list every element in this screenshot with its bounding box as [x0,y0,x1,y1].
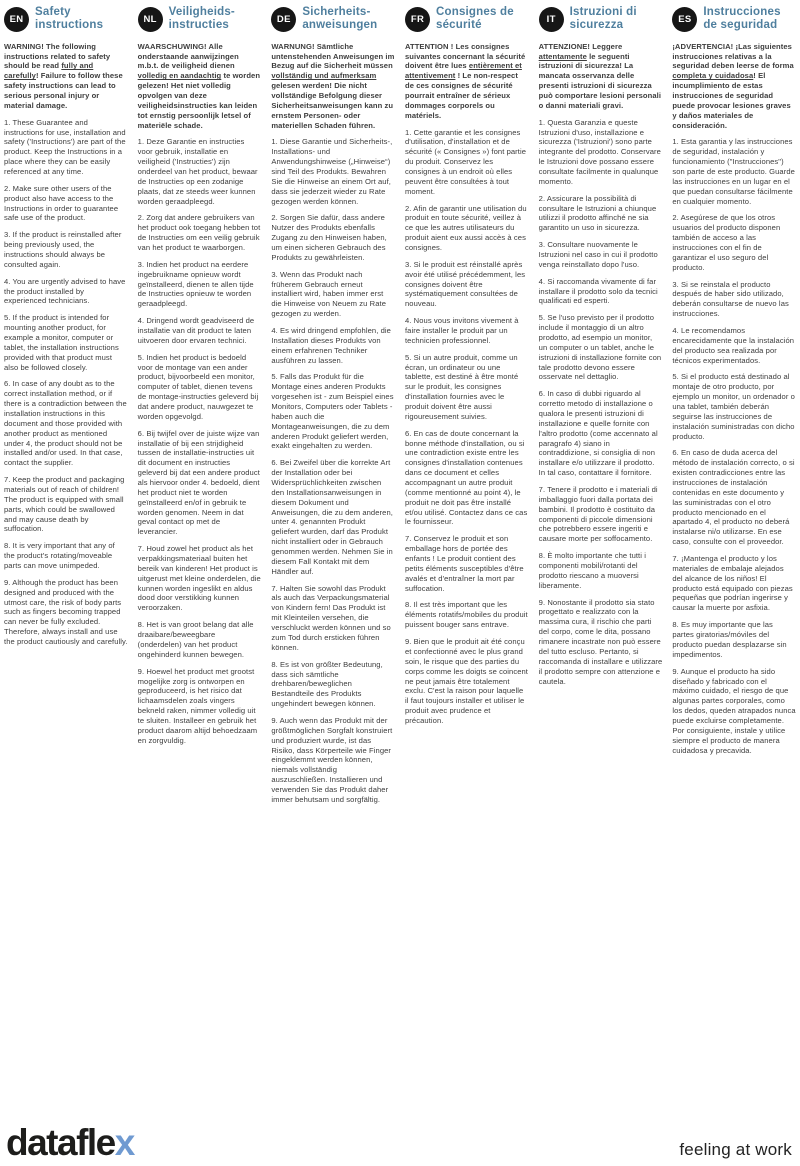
instruction-item: 6. Bij twijfel over de juiste wijze van … [138,429,262,537]
language-badge: ES [672,7,697,32]
column-header: DE Sicherheits-anweisungen [271,6,395,33]
language-code: DE [277,14,291,25]
instruction-item: 1. Esta garantia y las instrucciones de … [672,137,796,206]
instruction-item: 2. Asegúrese de que los otros usuarios d… [672,213,796,272]
language-badge: EN [4,7,29,32]
warning-underlined-phrase: vollständig und aufmerksam [271,71,376,80]
instruction-item: 1. Deze Garantie en instructies voor geb… [138,137,262,206]
warning-paragraph: ¡ADVERTENCIA! ¡Las siguientes instruccio… [672,42,796,131]
instruction-item: 6. En cas de doute concernant la bonne m… [405,429,529,528]
instruction-item: 9. Nonostante il prodotto sia stato prog… [539,598,663,687]
warning-text-after: gelesen werden! Die nicht vollständige B… [271,81,393,129]
logo-text-x: x [115,1122,134,1163]
instruction-list: 1. These Guarantee and instructions for … [4,118,128,647]
language-code: IT [547,14,556,25]
heading-line2: instructions [35,19,103,31]
instruction-item: 3. Si se reinstala el producto después d… [672,280,796,319]
instruction-item: 4. You are urgently advised to have the … [4,277,128,307]
warning-text-before: ATTENZIONE! Leggere [539,42,623,51]
column-heading: Istruzioni disicurezza [570,6,637,33]
logo-text-main: datafle [6,1122,115,1163]
heading-line1: Veiligheids- [169,6,235,18]
column-header: NL Veiligheids-instructies [138,6,262,33]
column-header: EN Safetyinstructions [4,6,128,33]
instruction-item: 6. Bei Zweifel über die korrekte Art der… [271,458,395,576]
language-column: EN Safetyinstructions WARNING! The follo… [4,6,128,812]
instruction-item: 7. Conservez le produit et son emballage… [405,534,529,593]
instruction-item: 8. Het is van groot belang dat alle draa… [138,620,262,659]
heading-line1: Sicherheits- [302,6,370,18]
warning-text-before: ¡ADVERTENCIA! ¡Las siguientes instruccio… [672,42,794,71]
tagline-text: feeling at work [679,1141,792,1158]
instruction-item: 9. Bien que le produit ait été conçu et … [405,637,529,726]
instruction-item: 8. È molto importante che tutti i compon… [539,551,663,590]
heading-line1: Safety [35,6,71,18]
instruction-item: 5. Si el producto está destinado al mont… [672,372,796,441]
instruction-item: 7. ¡Mantenga el producto y los materiale… [672,554,796,613]
instruction-item: 1. Cette garantie et les consignes d'uti… [405,128,529,197]
instruction-item: 2. Afin de garantir une utilisation du p… [405,204,529,253]
heading-line2: anweisungen [302,19,377,31]
instruction-item: 7. Keep the product and packaging materi… [4,475,128,534]
language-code: NL [144,14,157,25]
instruction-item: 3. Si le produit est réinstallé après av… [405,260,529,309]
instruction-item: 8. Il est très important que les élément… [405,600,529,630]
instruction-item: 9. Although the product has been designe… [4,578,128,647]
instruction-item: 5. Si un autre produit, comme un écran, … [405,353,529,422]
language-columns: EN Safetyinstructions WARNING! The follo… [0,0,800,812]
language-code: FR [411,14,424,25]
language-column: FR Consignes desécurité ATTENTION ! Les … [405,6,529,812]
heading-line2: sicurezza [570,19,624,31]
warning-paragraph: ATTENTION ! Les consignes suivantes conc… [405,42,529,121]
column-heading: Sicherheits-anweisungen [302,6,377,33]
instruction-item: 3. Indien het product na eerdere ingebru… [138,260,262,309]
footer: dataflex feeling at work [6,1124,792,1161]
heading-line1: Istruzioni di [570,6,637,18]
instruction-item: 9. Hoewel het product met grootst mogeli… [138,667,262,746]
instruction-item: 9. Auch wenn das Produkt mit der größtmö… [271,716,395,805]
instruction-item: 4. Nous vous invitons vivement à faire i… [405,316,529,346]
language-badge: DE [271,7,296,32]
column-heading: Instruccionesde seguridad [703,6,780,33]
instruction-item: 5. Indien het product is bedoeld voor de… [138,353,262,422]
language-column: NL Veiligheids-instructies WAARSCHUWING!… [138,6,262,812]
warning-paragraph: ATTENZIONE! Leggere attentamente le segu… [539,42,663,111]
instruction-item: 1. These Guarantee and instructions for … [4,118,128,177]
column-heading: Consignes desécurité [436,6,514,33]
instruction-item: 8. Es muy importante que las partes gira… [672,620,796,659]
column-header: ES Instruccionesde seguridad [672,6,796,33]
language-column: IT Istruzioni disicurezza ATTENZIONE! Le… [539,6,663,812]
heading-line1: Instrucciones [703,6,780,18]
column-header: FR Consignes desécurité [405,6,529,33]
warning-text-before: WARNING! The following instructions rela… [4,42,110,71]
instruction-item: 6. In caso di dubbi riguardo al corretto… [539,389,663,478]
column-header: IT Istruzioni disicurezza [539,6,663,33]
instruction-item: 9. Aunque el producto ha sido diseñado y… [672,667,796,756]
instruction-item: 5. Se l'uso previsto per il prodotto inc… [539,313,663,382]
instruction-item: 4. Dringend wordt geadviseerd de install… [138,316,262,346]
warning-underlined-phrase: completa y cuidadosa [672,71,753,80]
column-heading: Safetyinstructions [35,6,103,33]
instruction-list: 1. Deze Garantie en instructies voor geb… [138,137,262,745]
heading-line2: instructies [169,19,229,31]
instruction-item: 5. If the product is intended for mounti… [4,313,128,372]
language-code: EN [10,14,24,25]
instruction-item: 3. If the product is reinstalled after b… [4,230,128,269]
instruction-item: 4. Le recomendamos encarecidamente que l… [672,326,796,365]
instruction-item: 5. Falls das Produkt für die Montage ein… [271,372,395,451]
instruction-item: 1. Questa Garanzia e queste Istruzioni d… [539,118,663,187]
instruction-item: 8. It is very important that any of the … [4,541,128,571]
instruction-item: 4. Es wird dringend empfohlen, die Insta… [271,326,395,365]
warning-text-before: WAARSCHUWING! Alle onderstaande aanwijzi… [138,42,239,71]
language-badge: IT [539,7,564,32]
instruction-item: 1. Diese Garantie und Sicherheits-, Inst… [271,137,395,206]
warning-paragraph: WARNING! The following instructions rela… [4,42,128,111]
instruction-item: 2. Assicurare la possibilità di consulta… [539,194,663,233]
language-code: ES [678,14,691,25]
heading-line2: de seguridad [703,19,777,31]
heading-line2: sécurité [436,19,482,31]
instruction-item: 7. Tenere il prodotto e i materiali di i… [539,485,663,544]
instruction-item: 7. Halten Sie sowohl das Produkt als auc… [271,584,395,653]
instruction-list: 1. Diese Garantie und Sicherheits-, Inst… [271,137,395,804]
dataflex-logo: dataflex [6,1124,134,1161]
warning-paragraph: WAARSCHUWING! Alle onderstaande aanwijzi… [138,42,262,131]
warning-underlined-phrase: volledig en aandachtig [138,71,222,80]
warning-paragraph: WARNUNG! Sämtliche untenstehenden Anweis… [271,42,395,131]
instruction-item: 7. Houd zowel het product als het verpak… [138,544,262,613]
language-badge: NL [138,7,163,32]
instruction-item: 2. Sorgen Sie dafür, dass andere Nutzer … [271,213,395,262]
instruction-item: 8. Es ist von größter Bedeutung, dass si… [271,660,395,709]
safety-instructions-leaflet: EN Safetyinstructions WARNING! The follo… [0,0,800,1166]
language-column: ES Instruccionesde seguridad ¡ADVERTENCI… [672,6,796,812]
instruction-item: 2. Zorg dat andere gebruikers van het pr… [138,213,262,252]
language-badge: FR [405,7,430,32]
instruction-list: 1. Cette garantie et les consignes d'uti… [405,128,529,726]
warning-underlined-phrase: attentamente [539,52,587,61]
warning-text-before: WARNUNG! Sämtliche untenstehenden Anweis… [271,42,394,71]
column-heading: Veiligheids-instructies [169,6,235,33]
instruction-list: 1. Esta garantia y las instrucciones de … [672,137,796,755]
instruction-item: 3. Consultare nuovamente le Istruzioni n… [539,240,663,270]
instruction-item: 6. En caso de duda acerca del método de … [672,448,796,547]
instruction-list: 1. Questa Garanzia e queste Istruzioni d… [539,118,663,687]
heading-line1: Consignes de [436,6,514,18]
instruction-item: 2. Make sure other users of the product … [4,184,128,223]
language-column: DE Sicherheits-anweisungen WARNUNG! Sämt… [271,6,395,812]
instruction-item: 6. In case of any doubt as to the correc… [4,379,128,468]
instruction-item: 4. Si raccomanda vivamente di far instal… [539,277,663,307]
instruction-item: 3. Wenn das Produkt nach früherem Gebrau… [271,270,395,319]
